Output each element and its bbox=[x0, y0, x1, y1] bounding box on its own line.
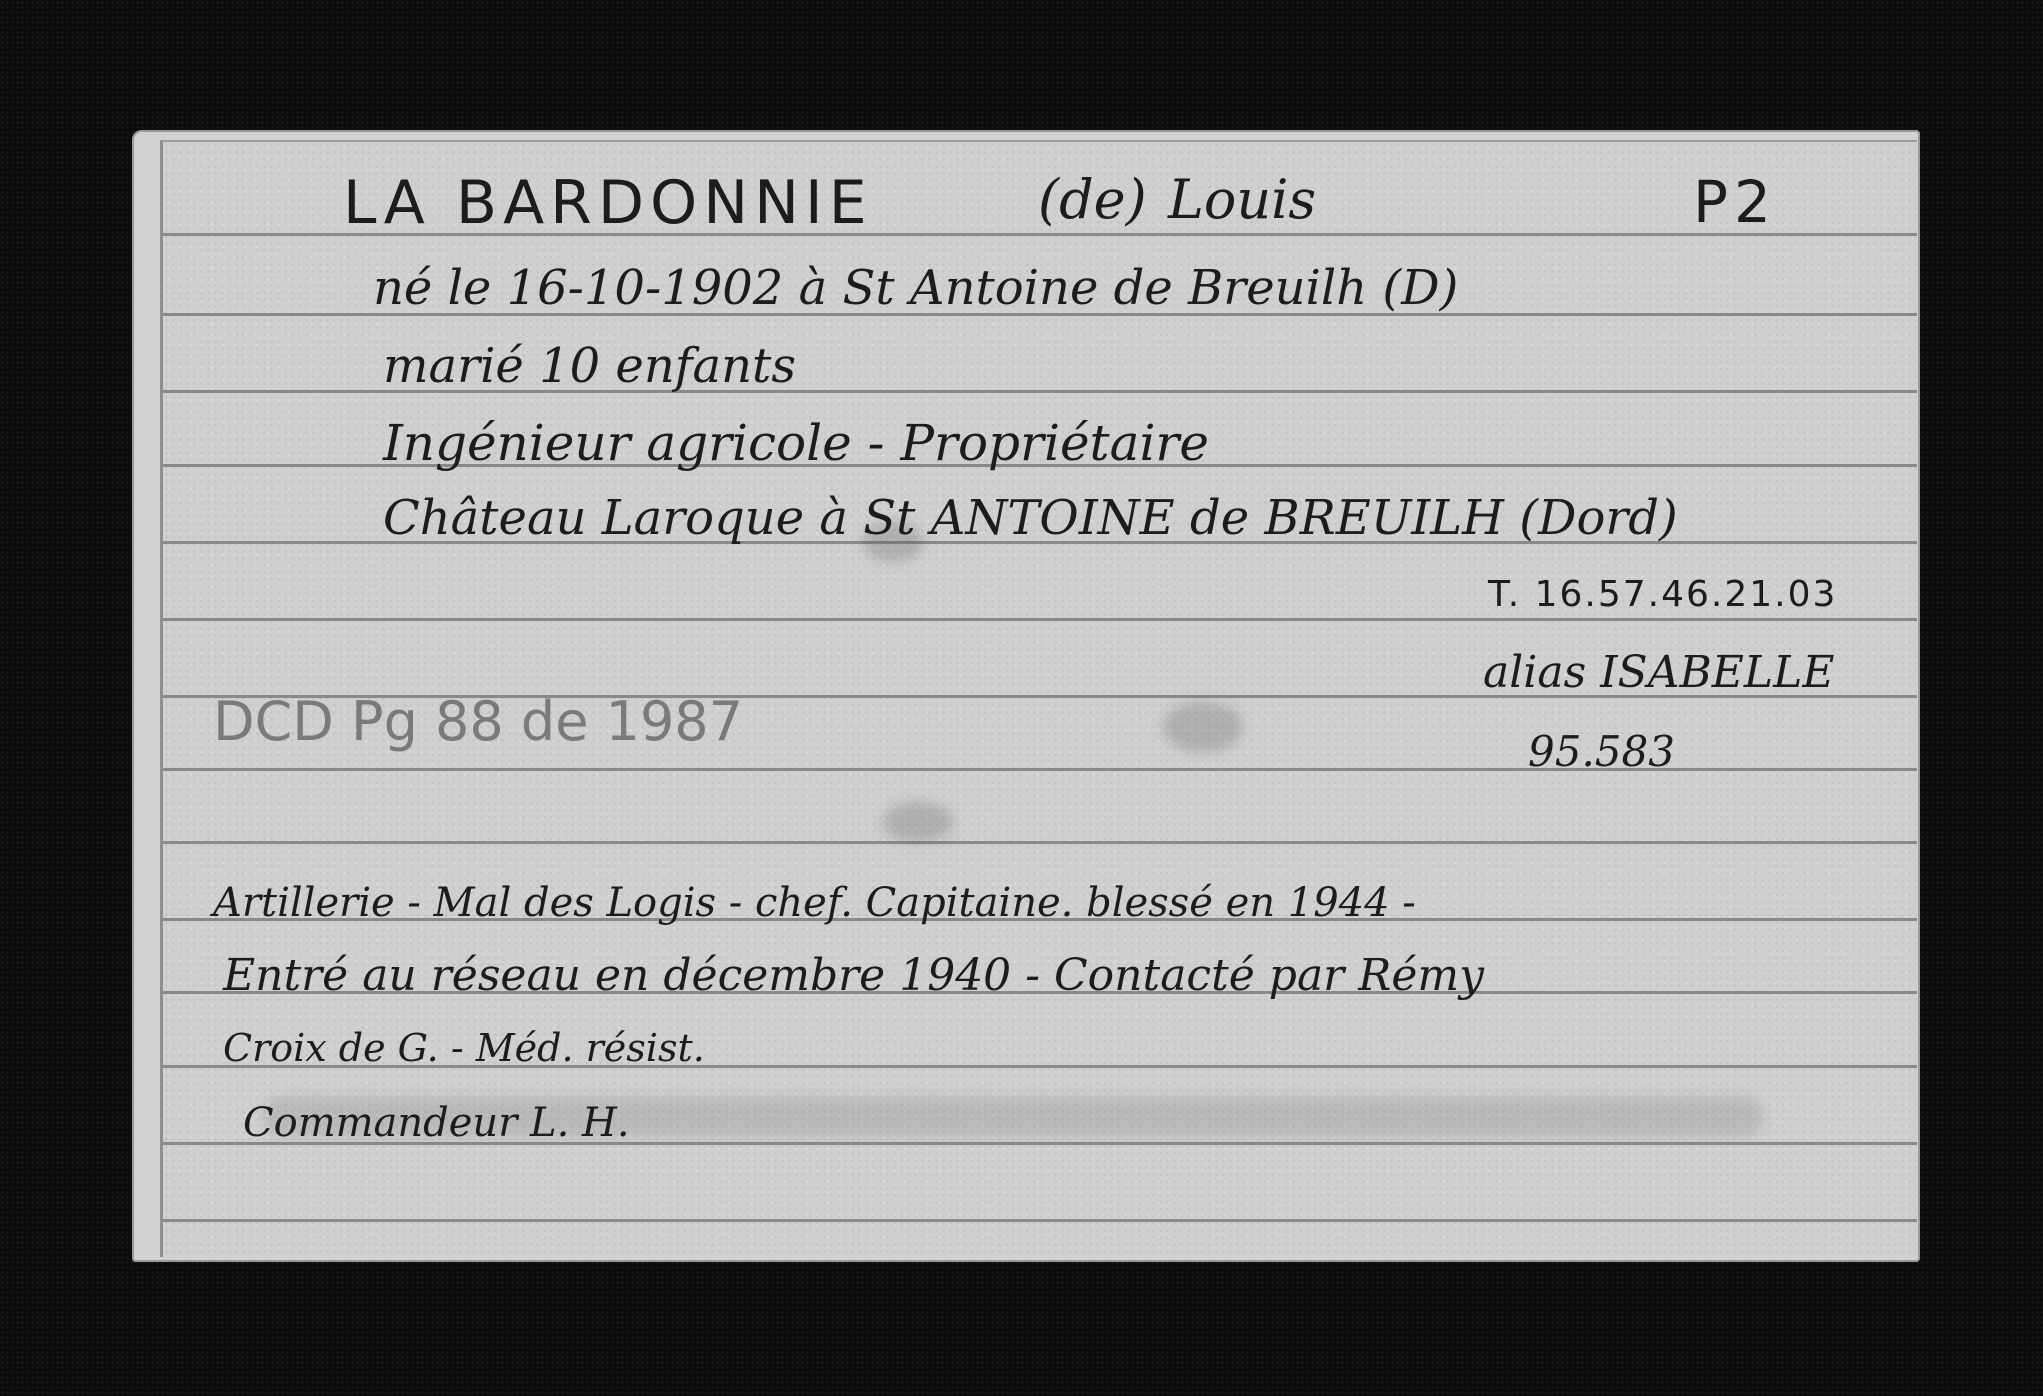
network-line: Entré au réseau en décembre 1940 - Conta… bbox=[223, 950, 1484, 1001]
stain bbox=[883, 802, 953, 842]
honours-line: Commandeur L. H. bbox=[243, 1100, 630, 1146]
surname: LA BARDONNIE bbox=[343, 168, 873, 238]
profession-line: Ingénieur agricole - Propriétaire bbox=[383, 414, 1209, 472]
address-line: Château Laroque à St ANTOINE de BREUILH … bbox=[383, 490, 1678, 546]
family-line: marié 10 enfants bbox=[383, 338, 796, 394]
given-name: Louis bbox=[1168, 168, 1316, 231]
phone-line: T. 16.57.46.21.03 bbox=[1488, 574, 1837, 615]
code-line: 95.583 bbox=[1528, 727, 1675, 776]
birth-line: né le 16-10-1902 à St Antoine de Breuilh… bbox=[373, 260, 1458, 316]
decorations-line: Croix de G. - Méd. résist. bbox=[223, 1026, 705, 1070]
alias-line: alias ISABELLE bbox=[1483, 647, 1834, 698]
stain bbox=[1163, 702, 1243, 752]
reference-code: P2 bbox=[1693, 168, 1777, 236]
rule-line bbox=[163, 841, 1917, 844]
military-line: Artillerie - Mal des Logis - chef. Capit… bbox=[213, 880, 1416, 926]
pencil-note: DCD Pg 88 de 1987 bbox=[213, 690, 743, 753]
rule-line bbox=[163, 618, 1917, 621]
index-card: LA BARDONNIE (de) Louis P2 né le 16-10-1… bbox=[160, 140, 1917, 1257]
rule-line bbox=[163, 1219, 1917, 1222]
particle: (de) bbox=[1038, 168, 1147, 231]
